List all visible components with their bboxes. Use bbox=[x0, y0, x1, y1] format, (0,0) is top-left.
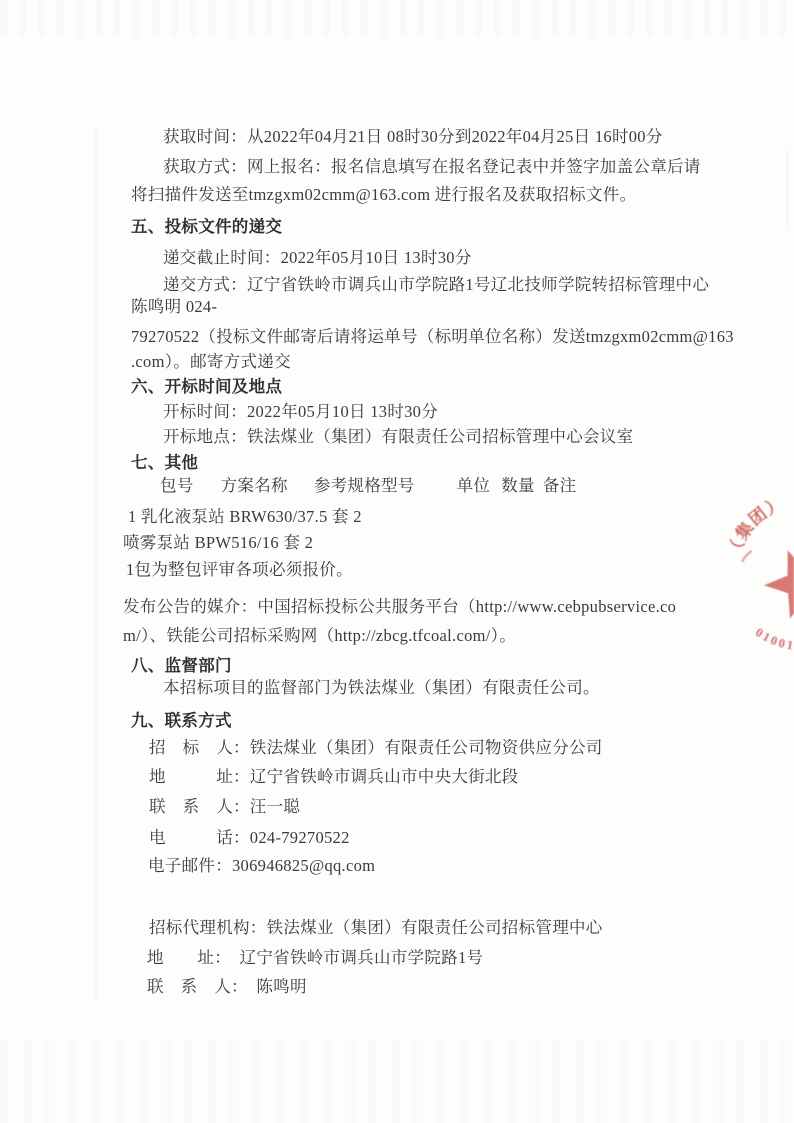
package-table-row-1: 1 乳化液泵站 BRW630/37.5 套 2 bbox=[128, 506, 362, 527]
media-line-1: 发布公告的媒介：中国招标投标公共服务平台（http://www.cebpubse… bbox=[123, 596, 676, 617]
seal-star-icon bbox=[756, 538, 794, 623]
submission-method-line-3: 79270522（投标文件邮寄后请将运单号（标明单位名称）发送tmzgxm02c… bbox=[131, 326, 734, 347]
document-page: 获取时间：从2022年04月21日 08时30分到2022年04月25日 16时… bbox=[0, 0, 794, 1123]
submission-method-line-4: .com）。邮寄方式递交 bbox=[131, 351, 291, 372]
section-6-heading: 六、开标时间及地点 bbox=[131, 376, 282, 397]
seal-arc-text: （集团） bbox=[724, 493, 787, 559]
opening-place-line: 开标地点：铁法煤业（集团）有限责任公司招标管理中心会议室 bbox=[163, 426, 633, 447]
column-plan-name: 方案名称 bbox=[221, 475, 288, 496]
package-table-row-2: 喷雾泵站 BPW516/16 套 2 bbox=[123, 532, 313, 553]
supervision-body-line: 本招标项目的监督部门为铁法煤业（集团）有限责任公司。 bbox=[163, 677, 600, 698]
column-quantity: 数量 bbox=[501, 475, 535, 496]
scan-streak-left bbox=[94, 130, 98, 1000]
agency-address-line: 地 址： 辽宁省铁岭市调兵山市学院路1号 bbox=[147, 947, 483, 968]
acquisition-method-line-1: 获取方式：网上报名：报名信息填写在报名登记表中并签字加盖公章后请 bbox=[163, 156, 701, 177]
scan-noise-bottom bbox=[0, 1040, 794, 1123]
agency-contact-person-line: 联 系 人： 陈鸣明 bbox=[147, 976, 307, 997]
tenderer-phone-line: 电 话：024-79270522 bbox=[149, 827, 350, 848]
opening-time-line: 开标时间：2022年05月10日 13时30分 bbox=[163, 401, 438, 422]
package-note-line: 1包为整包评审各项必须报价。 bbox=[126, 559, 353, 580]
section-5-heading: 五、投标文件的递交 bbox=[131, 216, 282, 237]
column-unit: 单位 bbox=[457, 475, 491, 496]
section-7-heading: 七、其他 bbox=[131, 452, 198, 473]
tenderer-contact-person-line: 联 系 人：汪一聪 bbox=[149, 796, 300, 817]
column-spec-model: 参考规格型号 bbox=[314, 475, 415, 496]
submission-deadline-line: 递交截止时间：2022年05月10日 13时30分 bbox=[163, 247, 472, 268]
section-9-heading: 九、联系方式 bbox=[131, 710, 232, 731]
section-8-heading: 八、监督部门 bbox=[131, 655, 232, 676]
scan-streak-right bbox=[786, 150, 789, 230]
media-line-2: m/）、铁能公司招标采购网（http://zbcg.tfcoal.com/）。 bbox=[123, 625, 516, 646]
tenderer-email-line: 电子邮件：306946825@qq.com bbox=[148, 855, 375, 876]
tenderer-line: 招 标 人：铁法煤业（集团）有限责任公司物资供应分公司 bbox=[149, 737, 603, 758]
scan-noise-top bbox=[0, 0, 794, 36]
submission-method-line-1: 递交方式：辽宁省铁岭市调兵山市学院路1号辽北技师学院转招标管理中心 bbox=[163, 274, 709, 295]
tenderer-address-line: 地 址：辽宁省铁岭市调兵山市中央大街北段 bbox=[149, 766, 519, 787]
column-package-no: 包号 bbox=[160, 475, 194, 496]
acquisition-method-line-2: 将扫描件发送至tmzgxm02cmm@163.com 进行报名及获取招标文件。 bbox=[131, 184, 636, 205]
agency-line: 招标代理机构：铁法煤业（集团）有限责任公司招标管理中心 bbox=[149, 917, 603, 938]
package-table-header: 包号 方案名称 参考规格型号 单位 数量 备注 bbox=[160, 475, 576, 496]
company-seal: （集团） 01001 bbox=[724, 462, 794, 688]
column-remark: 备注 bbox=[543, 475, 577, 496]
seal-number-text: 01001 bbox=[753, 625, 794, 653]
submission-method-line-2: 陈鸣明 024- bbox=[131, 296, 217, 317]
acquisition-time-line: 获取时间：从2022年04月21日 08时30分到2022年04月25日 16时… bbox=[163, 126, 663, 147]
